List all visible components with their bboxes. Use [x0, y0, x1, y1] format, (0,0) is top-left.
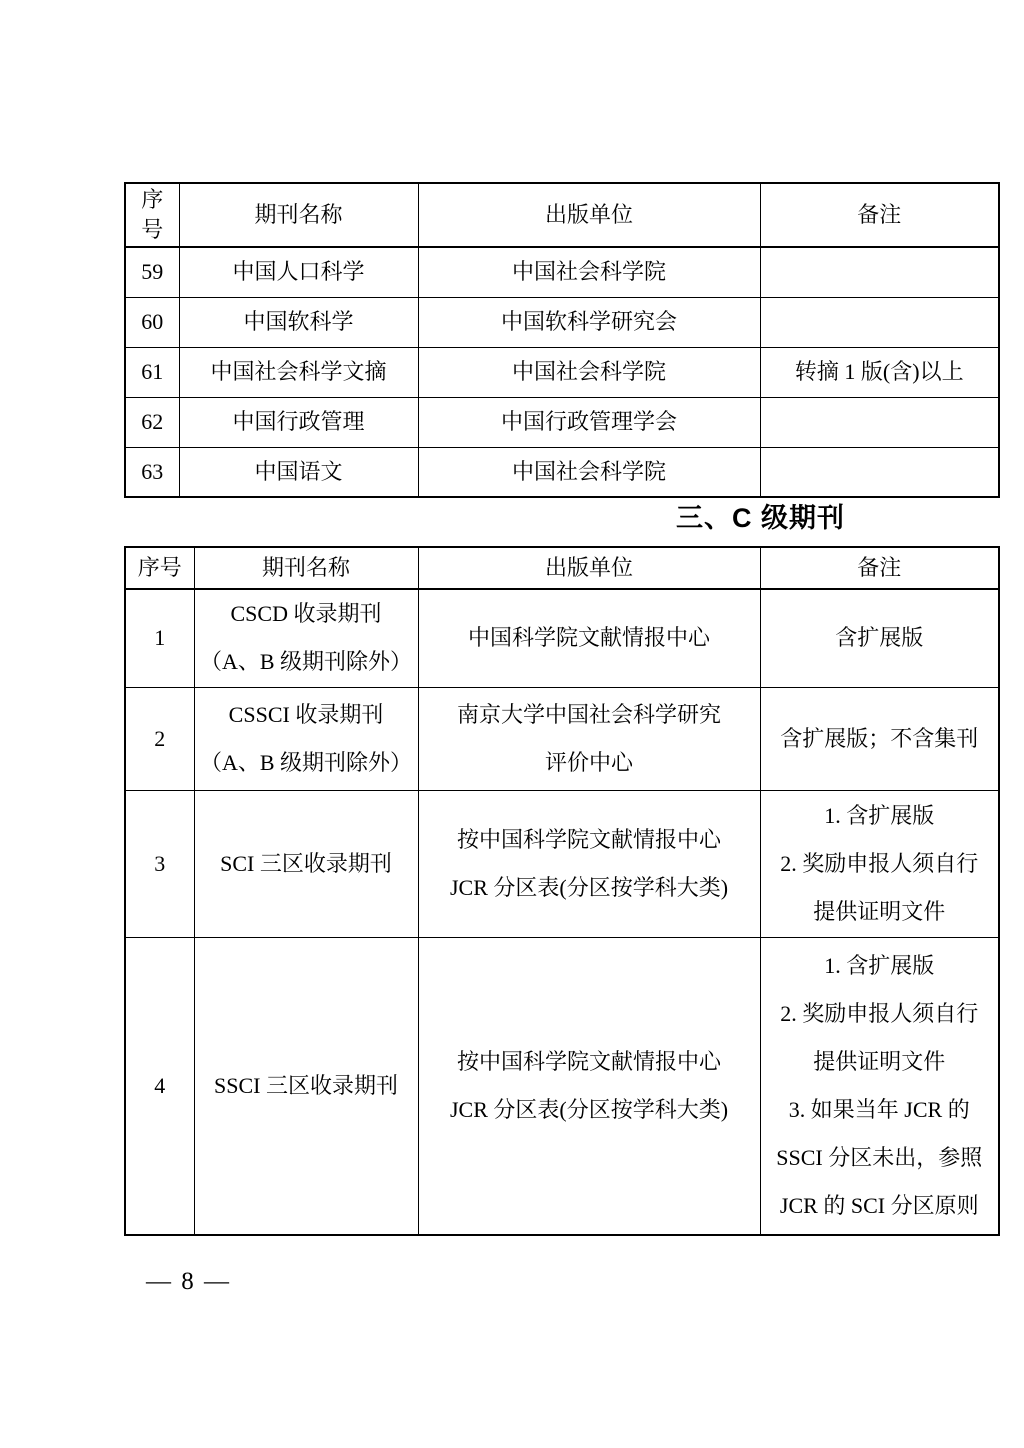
journal-table-c-level: 序号 期刊名称 出版单位 备注 1 CSCD 收录期刊 （A、B 级期刊除外） … — [124, 546, 1000, 1236]
page-number: — 8 — — [146, 1268, 231, 1296]
cell-publisher: 南京大学中国社会科学研究 评价中心 — [418, 687, 760, 790]
cell-publisher: 中国软科学研究会 — [418, 297, 760, 347]
cell-remark — [760, 247, 999, 297]
cell-remark: 1. 含扩展版 2. 奖励申报人须自行 提供证明文件 — [760, 790, 999, 937]
cell-no: 60 — [125, 297, 179, 347]
cell-publisher: 中国行政管理学会 — [418, 397, 760, 447]
table-row: 60 中国软科学 中国软科学研究会 — [125, 297, 999, 347]
table-row: 59 中国人口科学 中国社会科学院 — [125, 247, 999, 297]
cell-remark: 含扩展版 — [760, 589, 999, 687]
cell-no: 61 — [125, 347, 179, 397]
table-header-row: 序号 期刊名称 出版单位 备注 — [125, 547, 999, 589]
cell-no: 62 — [125, 397, 179, 447]
cell-publisher: 按中国科学院文献情报中心 JCR 分区表(分区按学科大类) — [418, 790, 760, 937]
cell-remark — [760, 297, 999, 347]
cell-no: 3 — [125, 790, 194, 937]
cell-name: 中国社会科学文摘 — [179, 347, 418, 397]
table-row: 63 中国语文 中国社会科学院 — [125, 447, 999, 497]
col-header-remark: 备注 — [760, 183, 999, 247]
col-header-publisher: 出版单位 — [418, 183, 760, 247]
col-header-no: 序号 — [125, 547, 194, 589]
cell-no: 1 — [125, 589, 194, 687]
cell-name: CSCD 收录期刊 （A、B 级期刊除外） — [194, 589, 418, 687]
section-heading-container: 三、C 级期刊 — [124, 498, 998, 542]
col-header-remark: 备注 — [760, 547, 999, 589]
cell-name: 中国人口科学 — [179, 247, 418, 297]
cell-name: 中国软科学 — [179, 297, 418, 347]
cell-name: 中国行政管理 — [179, 397, 418, 447]
cell-name: CSSCI 收录期刊 （A、B 级期刊除外） — [194, 687, 418, 790]
table-row: 4 SSCI 三区收录期刊 按中国科学院文献情报中心 JCR 分区表(分区按学科… — [125, 937, 999, 1235]
cell-publisher: 按中国科学院文献情报中心 JCR 分区表(分区按学科大类) — [418, 937, 760, 1235]
col-header-no: 序 号 — [125, 183, 179, 247]
col-header-name: 期刊名称 — [179, 183, 418, 247]
table-row: 3 SCI 三区收录期刊 按中国科学院文献情报中心 JCR 分区表(分区按学科大… — [125, 790, 999, 937]
cell-no: 63 — [125, 447, 179, 497]
cell-remark: 转摘 1 版(含)以上 — [760, 347, 999, 397]
col-header-publisher: 出版单位 — [418, 547, 760, 589]
cell-publisher: 中国社会科学院 — [418, 447, 760, 497]
journal-table-b-level: 序 号 期刊名称 出版单位 备注 59 中国人口科学 中国社会科学院 60 中国… — [124, 182, 1000, 498]
table-row: 61 中国社会科学文摘 中国社会科学院 转摘 1 版(含)以上 — [125, 347, 999, 397]
cell-remark — [760, 397, 999, 447]
cell-remark: 含扩展版；不含集刊 — [760, 687, 999, 790]
cell-publisher: 中国社会科学院 — [418, 247, 760, 297]
col-header-name: 期刊名称 — [194, 547, 418, 589]
cell-no: 59 — [125, 247, 179, 297]
table-header-row: 序 号 期刊名称 出版单位 备注 — [125, 183, 999, 247]
cell-no: 4 — [125, 937, 194, 1235]
cell-no: 2 — [125, 687, 194, 790]
table-row: 62 中国行政管理 中国行政管理学会 — [125, 397, 999, 447]
cell-name: SCI 三区收录期刊 — [194, 790, 418, 937]
cell-name: SSCI 三区收录期刊 — [194, 937, 418, 1235]
document-page: 序 号 期刊名称 出版单位 备注 59 中国人口科学 中国社会科学院 60 中国… — [0, 0, 1024, 1448]
cell-publisher: 中国科学院文献情报中心 — [418, 589, 760, 687]
cell-publisher: 中国社会科学院 — [418, 347, 760, 397]
table-row: 2 CSSCI 收录期刊 （A、B 级期刊除外） 南京大学中国社会科学研究 评价… — [125, 687, 999, 790]
cell-remark: 1. 含扩展版 2. 奖励申报人须自行 提供证明文件 3. 如果当年 JCR 的… — [760, 937, 999, 1235]
cell-remark — [760, 447, 999, 497]
cell-name: 中国语文 — [179, 447, 418, 497]
section-heading-c-level: 三、C 级期刊 — [676, 498, 845, 538]
table-row: 1 CSCD 收录期刊 （A、B 级期刊除外） 中国科学院文献情报中心 含扩展版 — [125, 589, 999, 687]
